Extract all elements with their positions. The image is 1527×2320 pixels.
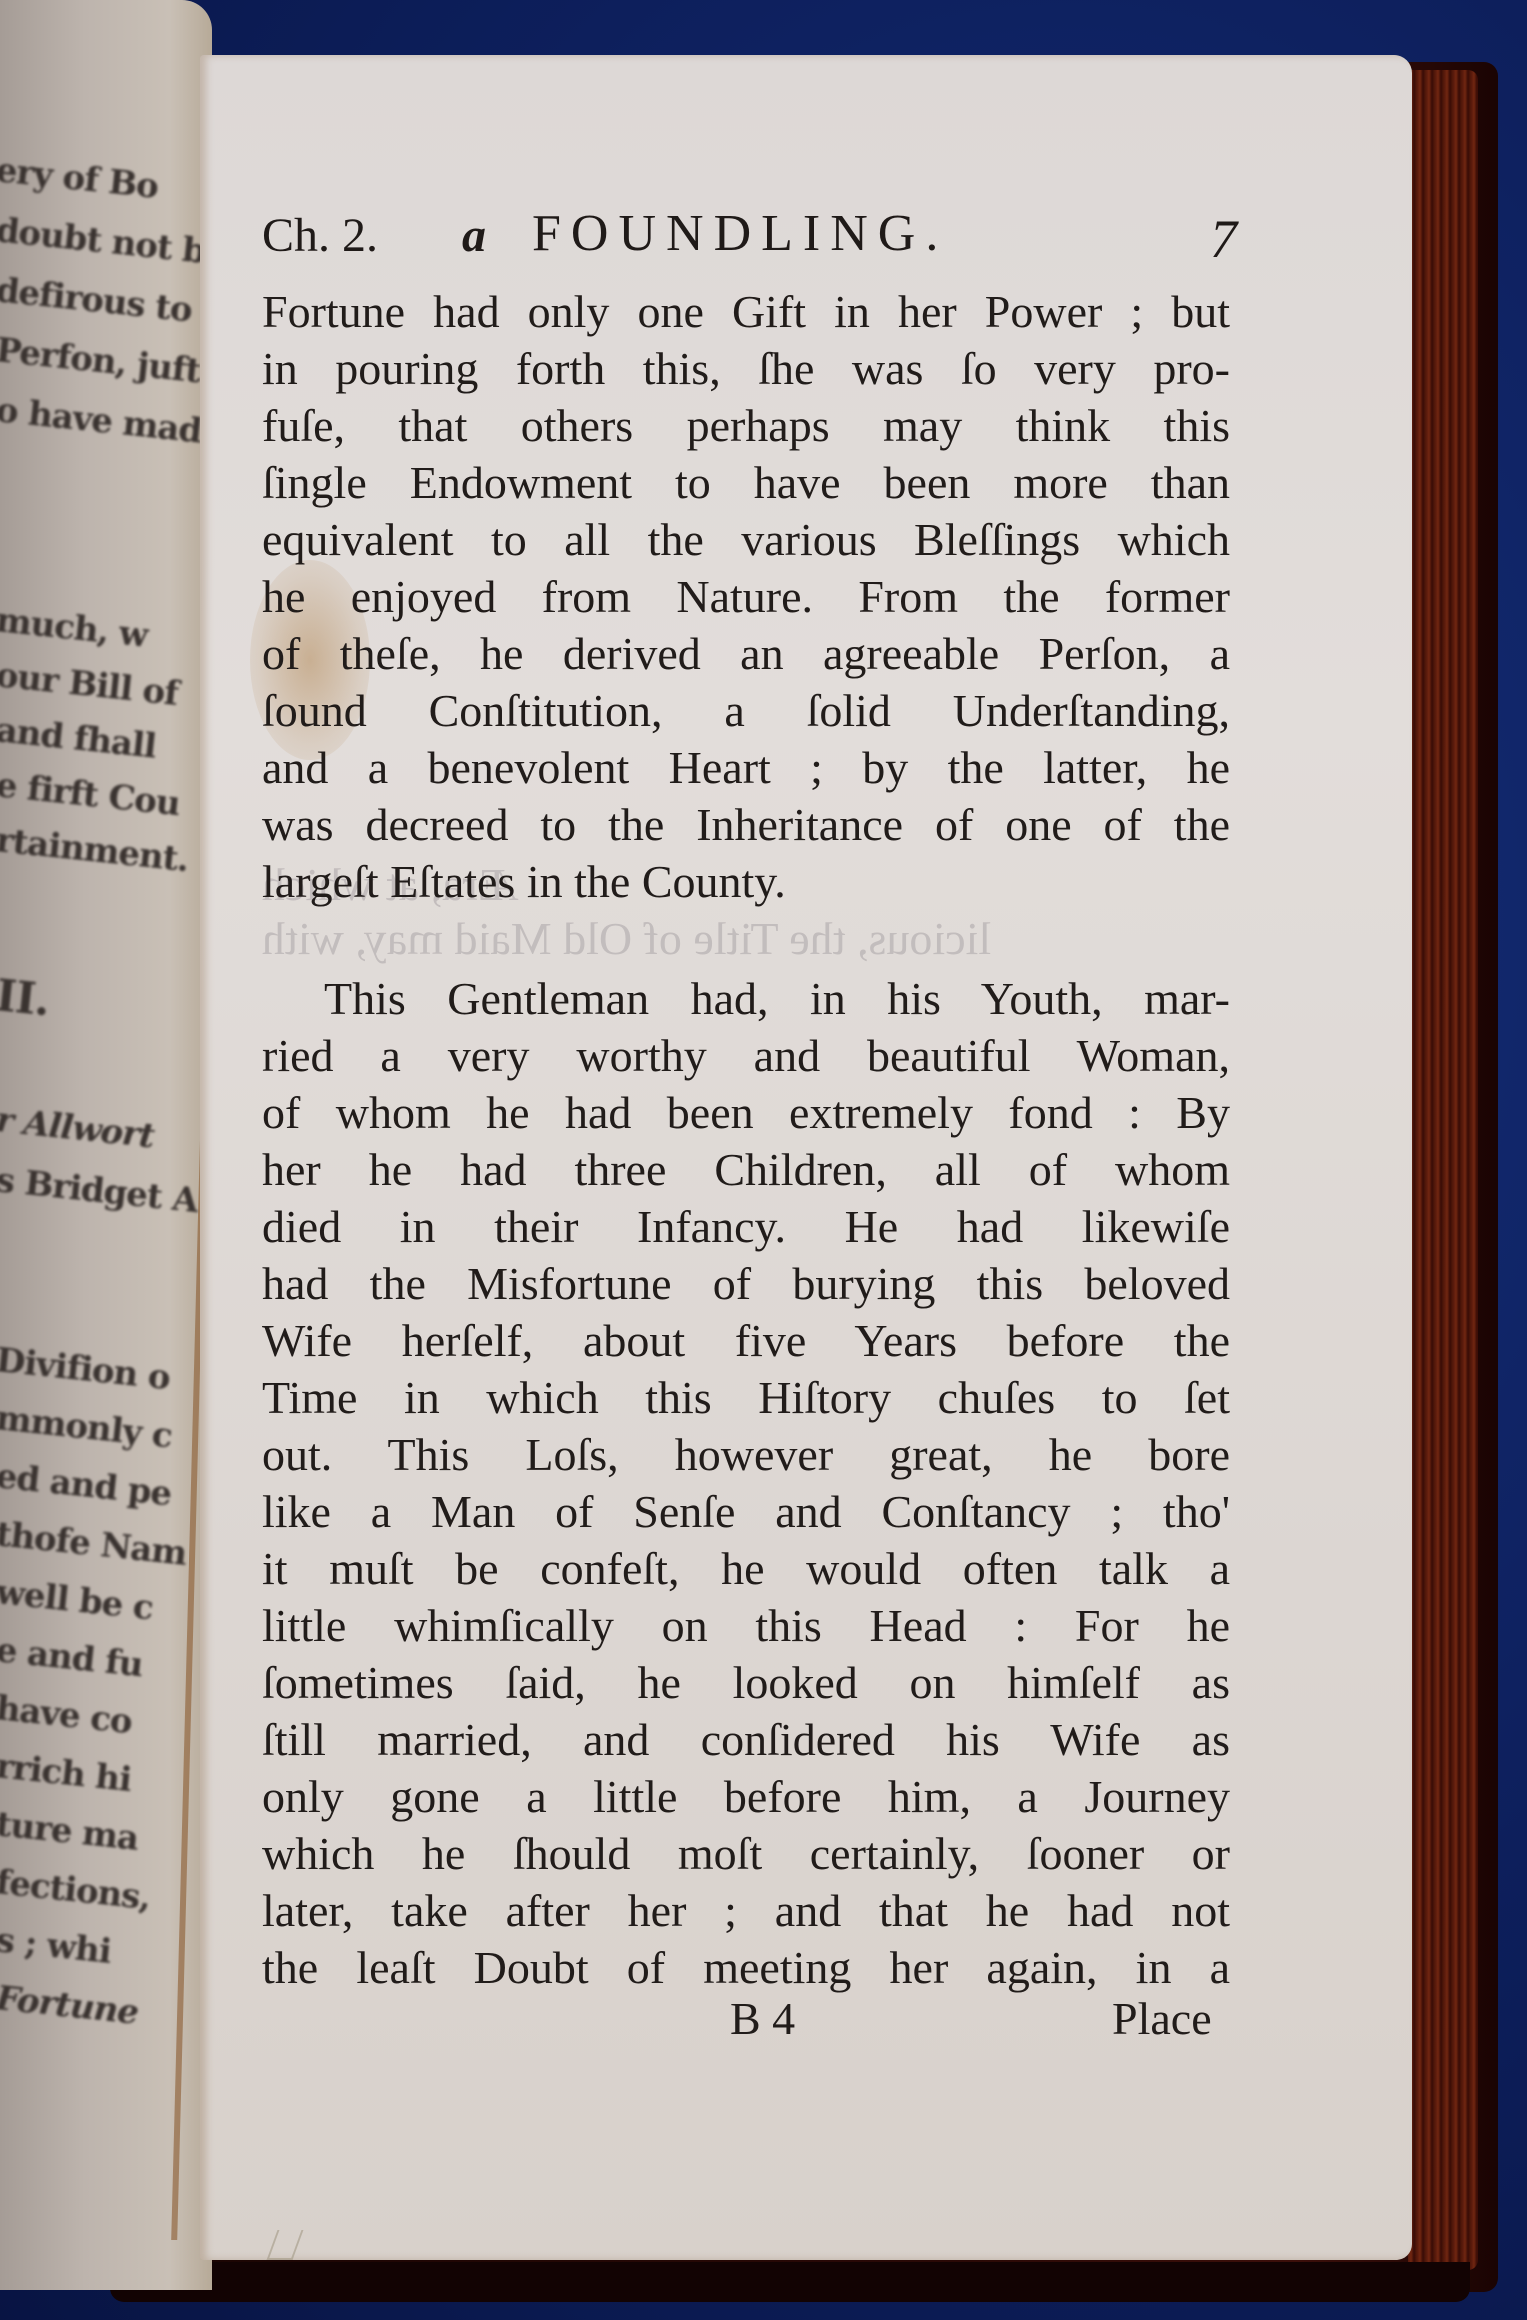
left-page-fragment: Perfon, juft as — [0, 330, 212, 396]
text-line: in pouring forth this, ſhe was ſo very p… — [262, 340, 1230, 397]
page-number: 7 — [1210, 208, 1237, 270]
text-line: the leaſt Doubt of meeting her again, in… — [262, 1939, 1230, 1996]
left-page-fragment: and fhall — [0, 710, 158, 767]
left-page-fragment: ery of Bo — [0, 150, 160, 207]
left-page-fragment: Divifion o — [0, 1340, 172, 1398]
left-page-fragment: r Allwort — [0, 1100, 156, 1156]
left-page-fragment: mmonly c — [0, 1398, 174, 1456]
text-line: This Gentleman had, in his Youth, mar- — [262, 970, 1230, 1027]
catchword: Place — [1112, 1992, 1212, 2045]
text-line: he enjoyed from Nature. From the former — [262, 568, 1230, 625]
book-cover-bottom — [110, 2262, 1470, 2302]
show-through-text: licious, the Title of Old Maid may, with — [262, 912, 1230, 965]
left-page-fragment: fections, — [0, 1862, 152, 1918]
text-line: of theſe, he derived an agreeable Perſon… — [262, 625, 1230, 682]
left-page-fragment: defirous to rai — [0, 270, 212, 337]
text-line: ſtill married, and conſidered his Wife a… — [262, 1711, 1230, 1768]
running-head-title: FOUNDLING. — [532, 204, 948, 263]
left-page-fragment: much, w — [0, 600, 149, 656]
left-page-fragment: have co — [0, 1688, 134, 1742]
left-facing-page: ery of Bo doubt not be defirous to rai P… — [0, 0, 212, 2290]
text-line: out. This Loſs, however great, he bore — [262, 1426, 1230, 1483]
text-line: only gone a little before him, a Journey — [262, 1768, 1230, 1825]
text-line: ſingle Endowment to have been more than — [262, 454, 1230, 511]
text-line: of whom he had been extremely fond : By — [262, 1084, 1230, 1141]
left-page-fragment: well be c — [0, 1572, 155, 1628]
text-line: Wife herſelf, about five Years before th… — [262, 1312, 1230, 1369]
left-page-fragment: s ; whi — [0, 1920, 113, 1972]
text-line: ſound Conſtitution, a ſolid Underſtandin… — [262, 682, 1230, 739]
running-head: Ch. 2. a FOUNDLING. 7 — [262, 208, 1237, 268]
left-page-fragment: e firft Cou — [0, 765, 182, 824]
text-line: it muſt be confeſt, he would often talk … — [262, 1540, 1230, 1597]
left-page-fragment: o have made b — [0, 390, 212, 457]
text-line: later, take after her ; and that he had … — [262, 1882, 1230, 1939]
left-page-fragment: II. — [0, 970, 52, 1026]
left-page-fragment: e and fu — [0, 1630, 144, 1685]
text-line: little whimſically on this Head : For he — [262, 1597, 1230, 1654]
text-line: ried a very worthy and beautiful Woman, — [262, 1027, 1230, 1084]
text-line: had the Misfortune of burying this belov… — [262, 1255, 1230, 1312]
left-page-fragment: our Bill of — [0, 655, 180, 714]
text-line: which he ſhould moſt certainly, ſooner o… — [262, 1825, 1230, 1882]
left-page-fragment: rrich hi — [0, 1746, 133, 1800]
text-line: her he had three Children, all of whom — [262, 1141, 1230, 1198]
left-page-fragment: rtainment. — [0, 820, 190, 880]
text-line: and a benevolent Heart ; by the latter, … — [262, 739, 1230, 796]
chapter-label: Ch. 2. — [262, 208, 378, 263]
left-page-fragment: thofe Nam — [0, 1514, 188, 1574]
text-line: died in their Infancy. He had likewiſe — [262, 1198, 1230, 1255]
left-page-fragment: doubt not be — [0, 210, 212, 274]
text-line: like a Man of Senſe and Conſtancy ; tho' — [262, 1483, 1230, 1540]
text-line: ſometimes ſaid, he looked on himſelf as — [262, 1654, 1230, 1711]
text-line: Time in which this Hiſtory chuſes to ſet — [262, 1369, 1230, 1426]
book-fore-edge — [1408, 70, 1478, 2270]
paragraph-2: This Gentleman had, in his Youth, mar- r… — [262, 970, 1230, 1996]
text-line: fuſe, that others perhaps may think this — [262, 397, 1230, 454]
left-page-fragment: s Bridget A — [0, 1160, 200, 1221]
text-line: Fortune had only one Gift in her Power ;… — [262, 283, 1230, 340]
paragraph-1: Fortune had only one Gift in her Power ;… — [262, 283, 1230, 910]
running-head-prefix: a — [462, 208, 486, 263]
left-page-fragment: Fortune — [0, 1978, 140, 2033]
text-line: equivalent to all the various Bleſſings … — [262, 511, 1230, 568]
signature-mark: B 4 — [730, 1992, 795, 2045]
left-page-fragment: ed and pe — [0, 1456, 173, 1514]
text-line: largeſt Eſtates in the County. — [262, 853, 1230, 910]
text-line: was decreed to the Inheritance of one of… — [262, 796, 1230, 853]
left-page-fragment: ture ma — [0, 1804, 140, 1859]
